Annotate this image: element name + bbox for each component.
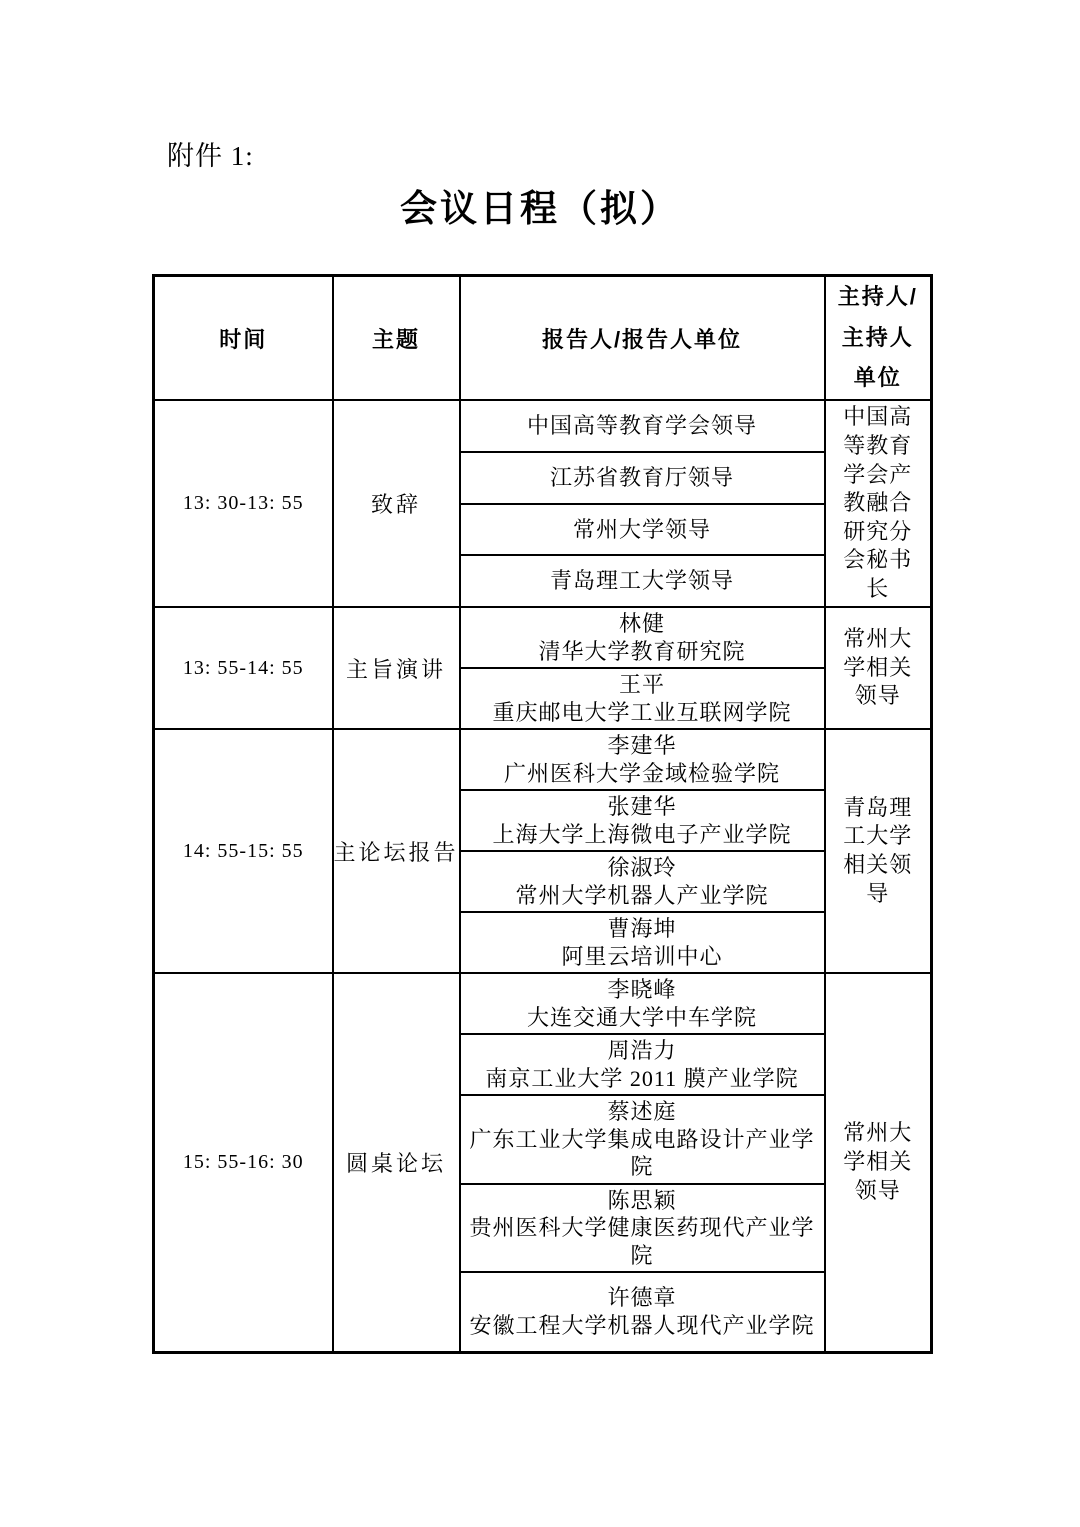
speaker-cell: 常州大学领导: [460, 504, 825, 555]
agenda-subrow: 13: 30-13: 55致辞中国高等教育学会领导中国高等教育学会产教融合研究分…: [154, 400, 932, 452]
time-cell: 13: 30-13: 55: [154, 400, 333, 607]
speaker-cell: 徐淑玲常州大学机器人产业学院: [460, 851, 825, 912]
speaker-org: 阿里云培训中心: [468, 943, 817, 971]
document-page: 附件 1: 会议日程（拟） 时间 主题 报告人/报告人单位 主持人/主持人单位 …: [0, 0, 1080, 1527]
speaker-org: 大连交通大学中车学院: [468, 1004, 817, 1032]
speaker-org: 常州大学机器人产业学院: [468, 882, 817, 910]
speaker-org: 广州医科大学金域检验学院: [468, 760, 817, 788]
speaker-name: 蔡述庭: [468, 1098, 817, 1126]
topic-cell: 主旨演讲: [333, 607, 460, 729]
speaker-name: 李建华: [468, 732, 817, 760]
speaker-cell: 李建华广州医科大学金域检验学院: [460, 729, 825, 790]
host-cell: 青岛理工大学相关领导: [825, 729, 932, 973]
speaker-name: 周浩力: [468, 1037, 817, 1065]
attachment-label: 附件 1:: [167, 134, 254, 173]
topic-cell: 致辞: [333, 400, 460, 607]
topic-cell: 圆桌论坛: [333, 973, 460, 1352]
speaker-cell: 陈思颖贵州医科大学健康医药现代产业学院: [460, 1184, 825, 1273]
host-cell: 常州大学相关领导: [825, 607, 932, 729]
speaker-org: 常州大学领导: [468, 516, 817, 544]
speaker-name: 曹海坤: [468, 915, 817, 943]
speaker-org: 南京工业大学 2011 膜产业学院: [468, 1065, 817, 1093]
speaker-org: 广东工业大学集成电路设计产业学院: [468, 1126, 817, 1181]
topic-cell: 主论坛报告: [333, 729, 460, 973]
speaker-org: 上海大学上海微电子产业学院: [468, 821, 817, 849]
speaker-cell: 张建华上海大学上海微电子产业学院: [460, 790, 825, 851]
speaker-org: 中国高等教育学会领导: [468, 412, 817, 440]
page-title: 会议日程（拟）: [0, 178, 1080, 232]
host-cell: 中国高等教育学会产教融合研究分会秘书长: [825, 400, 932, 607]
speaker-cell: 青岛理工大学领导: [460, 555, 825, 607]
agenda-subrow: 13: 55-14: 55主旨演讲林健清华大学教育研究院常州大学相关领导: [154, 607, 932, 668]
speaker-org: 青岛理工大学领导: [468, 567, 817, 595]
agenda-table: 时间 主题 报告人/报告人单位 主持人/主持人单位 13: 30-13: 55致…: [152, 274, 933, 1354]
speaker-cell: 中国高等教育学会领导: [460, 400, 825, 452]
speaker-cell: 周浩力南京工业大学 2011 膜产业学院: [460, 1034, 825, 1095]
col-header-time: 时间: [154, 276, 333, 401]
speaker-name: 徐淑玲: [468, 854, 817, 882]
speaker-cell: 李晓峰大连交通大学中车学院: [460, 973, 825, 1034]
speaker-cell: 蔡述庭广东工业大学集成电路设计产业学院: [460, 1095, 825, 1184]
agenda-table-body: 13: 30-13: 55致辞中国高等教育学会领导中国高等教育学会产教融合研究分…: [154, 400, 932, 1352]
agenda-table-header: 时间 主题 报告人/报告人单位 主持人/主持人单位: [154, 276, 932, 401]
speaker-name: 张建华: [468, 793, 817, 821]
speaker-org: 安徽工程大学机器人现代产业学院: [468, 1312, 817, 1340]
time-cell: 13: 55-14: 55: [154, 607, 333, 729]
col-header-host: 主持人/主持人单位: [825, 276, 932, 401]
speaker-cell: 许德章安徽工程大学机器人现代产业学院: [460, 1272, 825, 1352]
speaker-org: 清华大学教育研究院: [468, 638, 817, 666]
speaker-name: 李晓峰: [468, 976, 817, 1004]
speaker-org: 重庆邮电大学工业互联网学院: [468, 699, 817, 727]
agenda-subrow: 14: 55-15: 55主论坛报告李建华广州医科大学金域检验学院青岛理工大学相…: [154, 729, 932, 790]
agenda-subrow: 15: 55-16: 30圆桌论坛李晓峰大连交通大学中车学院常州大学相关领导: [154, 973, 932, 1034]
header-row: 时间 主题 报告人/报告人单位 主持人/主持人单位: [154, 276, 932, 401]
speaker-org: 江苏省教育厅领导: [468, 464, 817, 492]
col-header-speaker: 报告人/报告人单位: [460, 276, 825, 401]
speaker-cell: 曹海坤阿里云培训中心: [460, 912, 825, 973]
speaker-name: 陈思颖: [468, 1187, 817, 1215]
speaker-cell: 王平重庆邮电大学工业互联网学院: [460, 668, 825, 729]
time-cell: 15: 55-16: 30: [154, 973, 333, 1352]
col-header-topic: 主题: [333, 276, 460, 401]
time-cell: 14: 55-15: 55: [154, 729, 333, 973]
speaker-name: 林健: [468, 610, 817, 638]
speaker-cell: 林健清华大学教育研究院: [460, 607, 825, 668]
speaker-name: 王平: [468, 671, 817, 699]
host-cell: 常州大学相关领导: [825, 973, 932, 1352]
speaker-org: 贵州医科大学健康医药现代产业学院: [468, 1214, 817, 1269]
speaker-cell: 江苏省教育厅领导: [460, 452, 825, 504]
speaker-name: 许德章: [468, 1284, 817, 1312]
